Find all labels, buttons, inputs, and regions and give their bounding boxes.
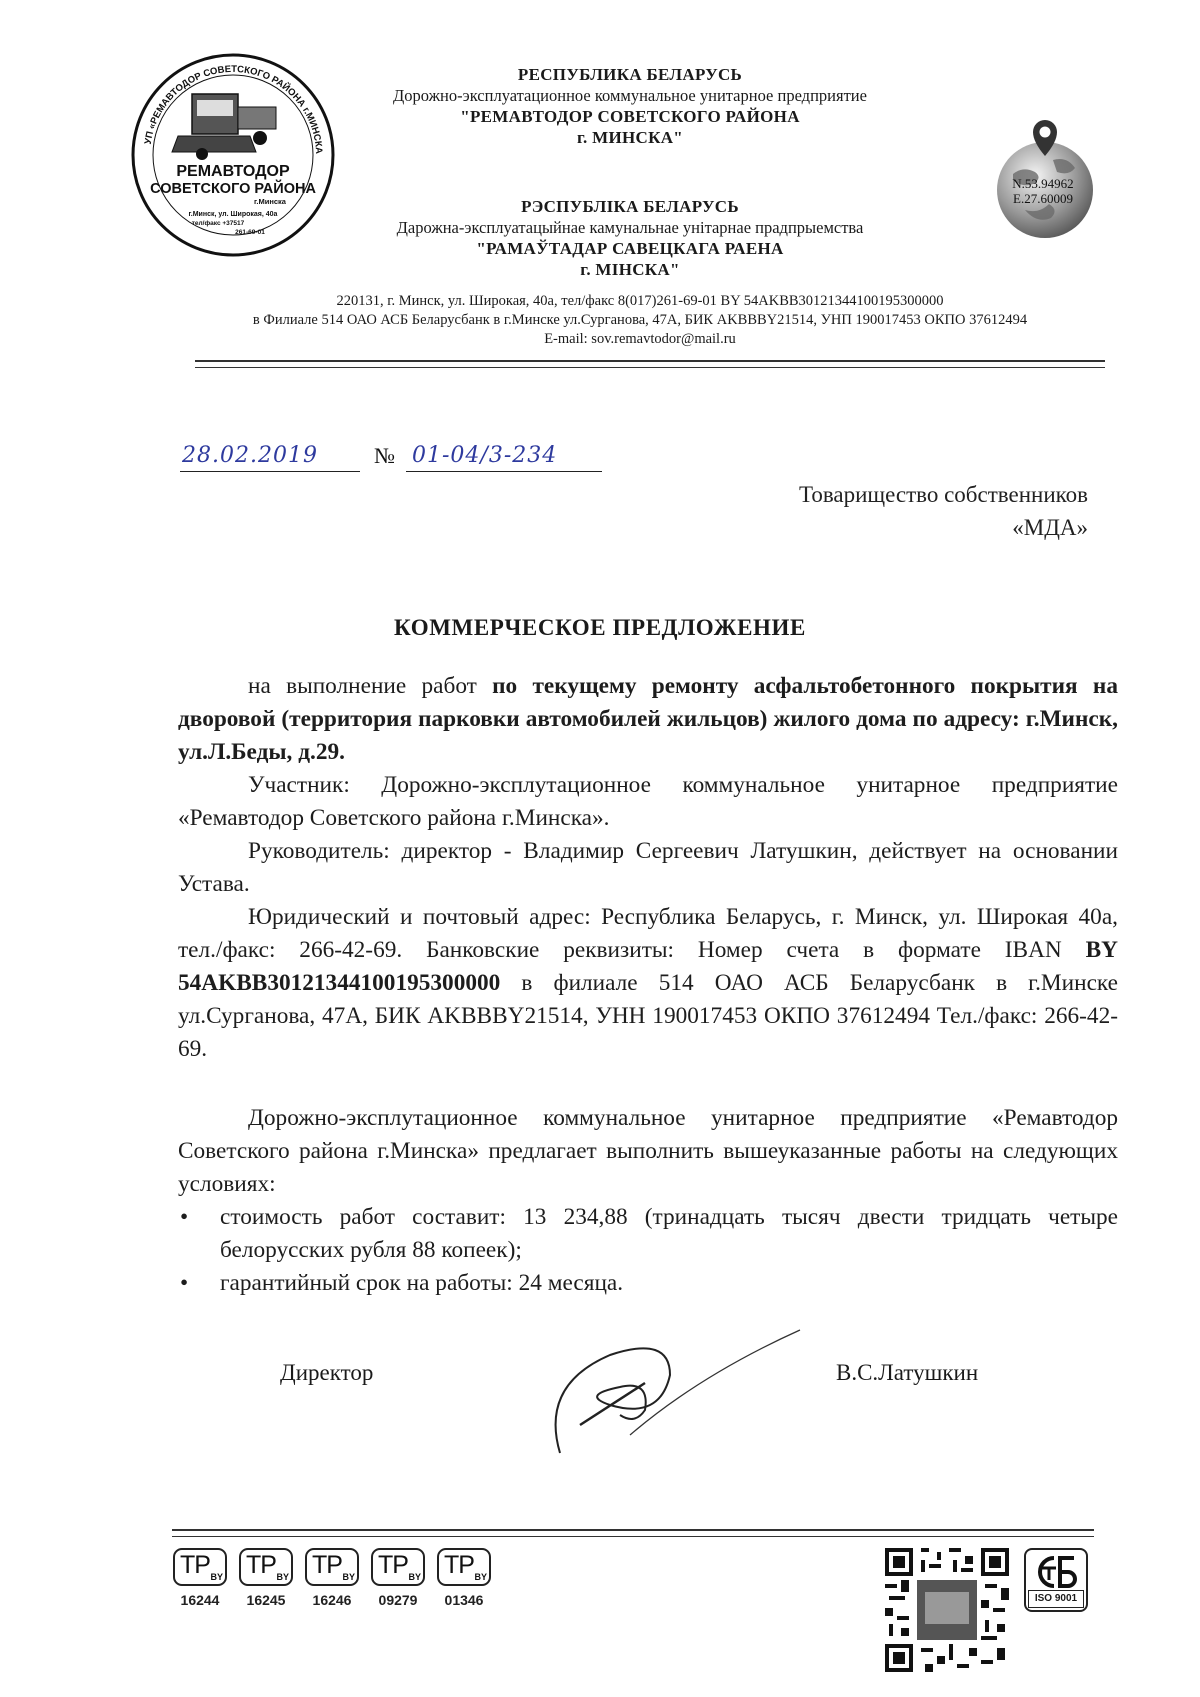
offer-intro: Дорожно-эксплутационное коммунальное уни…: [178, 1102, 1118, 1201]
org-name-ru-1: "РЕМАВТОДОР СОВЕТСКОГО РАЙОНА: [330, 106, 930, 127]
reference-line: 28.02.2019 № 01-04/3-234: [180, 443, 610, 477]
document-title: КОММЕРЧЕСКОЕ ПРЕДЛОЖЕНИЕ: [0, 615, 1200, 641]
letterhead-by: РЭСПУБЛІКА БЕЛАРУСЬ Дарожна-эксплуатацый…: [330, 196, 930, 280]
svg-text:261-69-01: 261-69-01: [235, 229, 265, 236]
org-name-by-1: "РАМАЎТАДАР САВЕЦКАГА РАЕНА: [330, 238, 930, 259]
certificate-number: 09279: [379, 1592, 418, 1608]
number-sign: №: [374, 443, 395, 469]
header-divider: [195, 360, 1105, 368]
certificate-number: 16245: [247, 1592, 286, 1608]
company-seal-logo: УП «РЕМАВТОДОР СОВЕТСКОГО РАЙОНА г.МИНСК…: [130, 52, 336, 258]
signatory-name: В.С.Латушкин: [836, 1360, 978, 1386]
qr-code-icon[interactable]: [885, 1548, 1009, 1672]
country-by: РЭСПУБЛІКА БЕЛАРУСЬ: [330, 196, 930, 217]
document-date: 28.02.2019: [180, 443, 360, 472]
tr-by-mark-icon: TPBY: [371, 1548, 425, 1586]
tr-by-mark-icon: TPBY: [239, 1548, 293, 1586]
contact-line-bank: в Филиале 514 ОАО АСБ Беларусбанк в г.Ми…: [160, 311, 1120, 330]
org-type-by: Дарожна-эксплуатацыйнае камунальнае уніт…: [330, 217, 930, 238]
stb-logo-icon: [1032, 1554, 1080, 1590]
svg-text:г.Минск, ул. Широкая, 40а: г.Минск, ул. Широкая, 40а: [189, 211, 278, 218]
tr-by-mark-icon: TPBY: [173, 1548, 227, 1586]
stb-iso-certification-mark: ISO 9001: [1024, 1548, 1088, 1612]
tr-certificate: TPBY 16246: [304, 1548, 360, 1608]
certificate-number: 16246: [313, 1592, 352, 1608]
certificate-number: 16244: [181, 1592, 220, 1608]
term-cost: •стоимость работ составит: 13 234,88 (тр…: [178, 1201, 1118, 1267]
letterhead-contacts: 220131, г. Минск, ул. Широкая, 40а, тел/…: [160, 292, 1120, 349]
tr-certificate: TPBY 09279: [370, 1548, 426, 1608]
head-paragraph: Руководитель: директор - Владимир Сергее…: [178, 835, 1118, 901]
participant-paragraph: Участник: Дорожно-эксплутационное коммун…: [178, 769, 1118, 835]
footer-divider: [172, 1529, 1094, 1537]
offer-terms-list: •стоимость работ составит: 13 234,88 (тр…: [178, 1201, 1118, 1300]
recipient-block: Товарищество собственников «МДА»: [799, 478, 1088, 544]
tr-certificate: TPBY 16245: [238, 1548, 294, 1608]
subject-paragraph: на выполнение работ по текущему ремонту …: [178, 670, 1118, 769]
signatory-position: Директор: [280, 1360, 373, 1386]
contact-line-address: 220131, г. Минск, ул. Широкая, 40а, тел/…: [160, 292, 1120, 311]
document-number: 01-04/3-234: [406, 443, 602, 472]
tr-certificate: TPBY 16244: [172, 1548, 228, 1608]
svg-text:тел/факс +37517: тел/факс +37517: [192, 220, 245, 227]
iso-9001-label: ISO 9001: [1028, 1590, 1084, 1608]
handwritten-signature: [520, 1325, 810, 1455]
tr-certificate: TPBY 01346: [436, 1548, 492, 1608]
svg-text:СОВЕТСКОГО РАЙОНА: СОВЕТСКОГО РАЙОНА: [150, 179, 316, 197]
country-ru: РЕСПУБЛИКА БЕЛАРУСЬ: [330, 64, 930, 85]
certificate-number: 01346: [445, 1592, 484, 1608]
org-type-ru: Дорожно-эксплуатационное коммунальное ун…: [330, 85, 930, 106]
document-body: на выполнение работ по текущему ремонту …: [178, 670, 1118, 1066]
address-paragraph: Юридический и почтовый адрес: Республика…: [178, 901, 1118, 1066]
subject-plain: на выполнение работ: [248, 673, 492, 699]
bullet-icon: •: [180, 1267, 188, 1300]
svg-text:г.Минска: г.Минска: [254, 197, 287, 206]
tr-by-mark-icon: TPBY: [437, 1548, 491, 1586]
recipient-line-1: Товарищество собственников: [799, 478, 1088, 511]
org-name-ru-2: г. МИНСКА": [330, 127, 930, 148]
certification-marks: TPBY 16244 TPBY 16245 TPBY 16246 TPBY 09…: [172, 1548, 492, 1608]
bullet-icon: •: [180, 1201, 188, 1234]
letterhead-ru: РЕСПУБЛИКА БЕЛАРУСЬ Дорожно-эксплуатацио…: [330, 64, 930, 148]
globe-location-icon: N.53.94962 E.27.60009: [995, 110, 1095, 240]
svg-text:N.53.94962: N.53.94962: [1012, 176, 1073, 191]
offer-section: Дорожно-эксплутационное коммунальное уни…: [178, 1102, 1118, 1300]
org-name-by-2: г. МІНСКА": [330, 259, 930, 280]
recipient-line-2: «МДА»: [799, 511, 1088, 544]
svg-text:E.27.60009: E.27.60009: [1013, 191, 1073, 206]
svg-text:РЕМАВТОДОР: РЕМАВТОДОР: [176, 163, 290, 180]
tr-by-mark-icon: TPBY: [305, 1548, 359, 1586]
term-warranty: •гарантийный срок на работы: 24 месяца.: [178, 1267, 1118, 1300]
contact-line-email: E-mail: sov.remavtodor@mail.ru: [160, 330, 1120, 349]
